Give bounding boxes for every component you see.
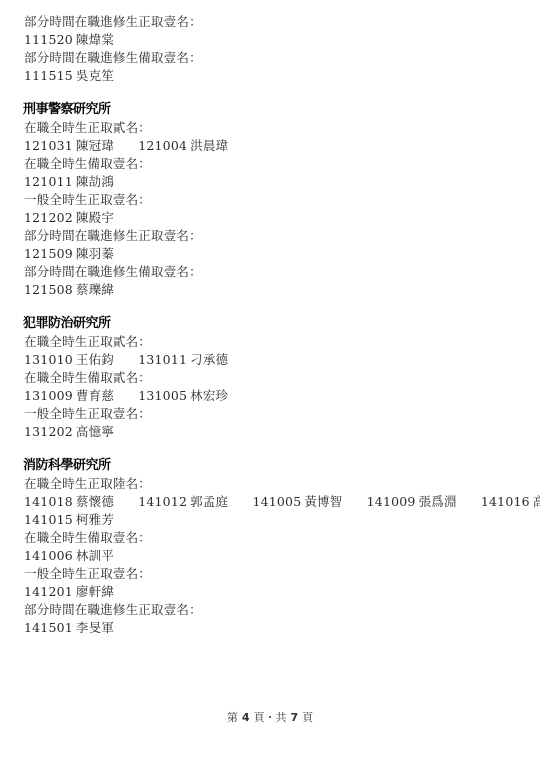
admitted-entry: 121509陳羽蓁: [24, 245, 114, 263]
entry-row: 141018蔡懷德 141012郭孟庭 141005黃博智 141009張爲淵 …: [24, 493, 524, 511]
group-label: 在職全時生正取陸名：: [24, 475, 524, 493]
entry-row: 141501李旻軍: [24, 619, 524, 637]
group-label: 在職全時生備取壹名：: [24, 529, 524, 547]
admitted-entry: 121004洪晨瑋: [138, 137, 228, 155]
entry-row: 111515吳克笙: [24, 67, 524, 85]
group-label: 一般全時生正取壹名：: [24, 405, 524, 423]
page-footer: 第4頁・共7頁: [0, 709, 540, 725]
admitted-entry: 121202陳殿宇: [24, 209, 114, 227]
section-continued: 部分時間在職進修生正取壹名： 111520陳煒棠 部分時間在職進修生備取壹名： …: [24, 13, 524, 85]
entry-row: 141015柯雅芳: [24, 511, 524, 529]
admitted-entry: 141016高宜誠: [481, 493, 540, 511]
admitted-entry: 111520陳煒棠: [24, 31, 114, 49]
entry-row: 131009曹育慈 131005林宏珍: [24, 387, 524, 405]
footer-suffix: 頁: [302, 711, 313, 724]
entry-row: 121509陳羽蓁: [24, 245, 524, 263]
admitted-entry: 131202高憶寧: [24, 423, 114, 441]
footer-prefix: 第: [227, 711, 238, 724]
section-crime-prevention: 犯罪防治研究所 在職全時生正取貳名： 131010王佑鈞 131011刁承德 在…: [24, 315, 524, 441]
admitted-entry: 131010王佑鈞: [24, 351, 114, 369]
entry-row: 121202陳殿宇: [24, 209, 524, 227]
admitted-entry: 131005林宏珍: [138, 387, 228, 405]
admitted-entry: 141201廖軒緯: [24, 583, 114, 601]
entry-row: 141006林訓平: [24, 547, 524, 565]
entry-row: 131010王佑鈞 131011刁承德: [24, 351, 524, 369]
admitted-entry: 131009曹育慈: [24, 387, 114, 405]
entry-row: 121031陳冠瑋 121004洪晨瑋: [24, 137, 524, 155]
admitted-entry: 131011刁承德: [138, 351, 228, 369]
admitted-entry: 141015柯雅芳: [24, 511, 114, 529]
entry-row: 121011陳劼鴻: [24, 173, 524, 191]
entry-row: 111520陳煒棠: [24, 31, 524, 49]
admitted-entry: 141018蔡懷德: [24, 493, 114, 511]
group-label: 在職全時生備取貳名：: [24, 369, 524, 387]
group-label: 在職全時生備取壹名：: [24, 155, 524, 173]
group-label: 部分時間在職進修生正取壹名：: [24, 13, 524, 31]
entry-row: 121508蔡瓅緯: [24, 281, 524, 299]
group-label: 部分時間在職進修生正取壹名：: [24, 227, 524, 245]
admitted-entry: 141012郭孟庭: [138, 493, 228, 511]
section-heading: 消防科學研究所: [23, 457, 524, 475]
admitted-entry: 141006林訓平: [24, 547, 114, 565]
group-label: 在職全時生正取貳名：: [24, 333, 524, 351]
group-label: 一般全時生正取壹名：: [24, 565, 524, 583]
section-heading: 刑事警察研究所: [23, 101, 524, 119]
group-label: 在職全時生正取貳名：: [24, 119, 524, 137]
admitted-entry: 141501李旻軍: [24, 619, 114, 637]
admitted-entry: 141005黃博智: [252, 493, 342, 511]
current-page-number: 4: [242, 711, 250, 724]
group-label: 一般全時生正取壹名：: [24, 191, 524, 209]
footer-mid: 頁・共: [254, 711, 287, 724]
admitted-entry: 121031陳冠瑋: [24, 137, 114, 155]
total-pages-number: 7: [291, 711, 299, 724]
entry-row: 141201廖軒緯: [24, 583, 524, 601]
group-label: 部分時間在職進修生備取壹名：: [24, 49, 524, 67]
group-label: 部分時間在職進修生正取壹名：: [24, 601, 524, 619]
admitted-entry: 141009張爲淵: [367, 493, 457, 511]
admitted-entry: 121508蔡瓅緯: [24, 281, 114, 299]
section-fire-science: 消防科學研究所 在職全時生正取陸名： 141018蔡懷德 141012郭孟庭 1…: [24, 457, 524, 637]
admitted-entry: 111515吳克笙: [24, 67, 114, 85]
group-label: 部分時間在職進修生備取壹名：: [24, 263, 524, 281]
section-criminal-police: 刑事警察研究所 在職全時生正取貳名： 121031陳冠瑋 121004洪晨瑋 在…: [24, 101, 524, 299]
document-page: 部分時間在職進修生正取壹名： 111520陳煒棠 部分時間在職進修生備取壹名： …: [24, 13, 524, 637]
admitted-entry: 121011陳劼鴻: [24, 173, 114, 191]
section-heading: 犯罪防治研究所: [23, 315, 524, 333]
entry-row: 131202高憶寧: [24, 423, 524, 441]
